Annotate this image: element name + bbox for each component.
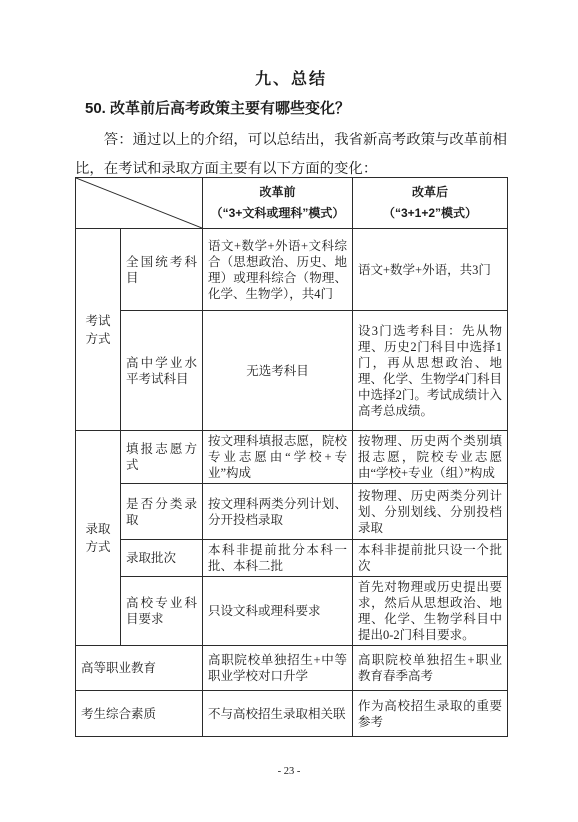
table-header-row: 改革前 （“3+文科或理科”模式） 改革后 （“3+1+2”模式） [76, 178, 508, 229]
comparison-table: 改革前 （“3+文科或理科”模式） 改革后 （“3+1+2”模式） 考试方式 全… [75, 177, 508, 737]
row-label: 录取批次 [121, 540, 203, 577]
question-heading: 50. 改革前后高考政策主要有哪些变化？ [85, 97, 507, 118]
column-header-before: 改革前 （“3+文科或理科”模式） [203, 178, 353, 229]
row-group-admission-mode: 录取方式 [76, 431, 121, 646]
section-title: 九、总结 [75, 66, 507, 89]
cell-after: 作为高校招生录取的重要参考 [353, 691, 508, 737]
answer-paragraph: 答：通过以上的介绍，可以总结出，我省新高考政策与改革前相比，在考试和录取方面主要… [75, 126, 507, 184]
cell-after: 按物理、历史两类分列计划、分别划线、分别投档录取 [353, 484, 508, 540]
cell-before: 高职院校单独招生+中等职业学校对口升学 [203, 646, 353, 691]
row-label-vocational-education: 高等职业教育 [76, 646, 203, 691]
table-row: 考试方式 全国统考科目 语文+数学+外语+文科综合（思想政治、历史、地理）或理科… [76, 229, 508, 311]
cell-after: 首先对物理或历史提出要求，然后从思想政治、地理、化学、生物学科目中提出0-2门科… [353, 577, 508, 646]
cell-before: 按文理科两类分列计划、分开投档录取 [203, 484, 353, 540]
table-row: 高校专业科目要求 只设文科或理科要求 首先对物理或历史提出要求，然后从思想政治、… [76, 577, 508, 646]
row-label: 填报志愿方式 [121, 431, 203, 484]
cell-after: 本科非提前批只设一个批次 [353, 540, 508, 577]
row-group-exam-mode: 考试方式 [76, 229, 121, 431]
row-label: 高校专业科目要求 [121, 577, 203, 646]
table-row: 录取方式 填报志愿方式 按文理科填报志愿，院校专业志愿由“学校+专业”构成 按物… [76, 431, 508, 484]
cell-before: 本科非提前批分本科一批、本科二批 [203, 540, 353, 577]
row-label: 是否分类录取 [121, 484, 203, 540]
page-number: - 23 - [0, 766, 578, 777]
table-row: 录取批次 本科非提前批分本科一批、本科二批 本科非提前批只设一个批次 [76, 540, 508, 577]
row-label: 全国统考科目 [121, 229, 203, 311]
cell-after: 高职院校单独招生+职业教育春季高考 [353, 646, 508, 691]
diagonal-line-icon [76, 178, 202, 228]
row-label: 高中学业水平考试科目 [121, 311, 203, 431]
table-row: 高等职业教育 高职院校单独招生+中等职业学校对口升学 高职院校单独招生+职业教育… [76, 646, 508, 691]
document-page: 九、总结 50. 改革前后高考政策主要有哪些变化？ 答：通过以上的介绍，可以总结… [0, 0, 578, 822]
cell-before: 无选考科目 [203, 311, 353, 431]
table-corner-cell [76, 178, 203, 229]
column-header-before-subtitle: （“3+文科或理科”模式） [208, 203, 347, 224]
column-header-after-title: 改革后 [358, 182, 502, 203]
column-header-before-title: 改革前 [208, 182, 347, 203]
cell-after: 按物理、历史两个类别填报志愿，院校专业志愿由“学校+专业（组）”构成 [353, 431, 508, 484]
column-header-after-subtitle: （“3+1+2”模式） [358, 203, 502, 224]
cell-after: 设3门选考科目：先从物理、历史2门科目中选择1门，再从思想政治、地理、化学、生物… [353, 311, 508, 431]
cell-before: 语文+数学+外语+文科综合（思想政治、历史、地理）或理科综合（物理、化学、生物学… [203, 229, 353, 311]
row-label-comprehensive-quality: 考生综合素质 [76, 691, 203, 737]
table-row: 考生综合素质 不与高校招生录取相关联 作为高校招生录取的重要参考 [76, 691, 508, 737]
cell-before: 不与高校招生录取相关联 [203, 691, 353, 737]
cell-after: 语文+数学+外语，共3门 [353, 229, 508, 311]
column-header-after: 改革后 （“3+1+2”模式） [353, 178, 508, 229]
cell-before: 按文理科填报志愿，院校专业志愿由“学校+专业”构成 [203, 431, 353, 484]
table-row: 高中学业水平考试科目 无选考科目 设3门选考科目：先从物理、历史2门科目中选择1… [76, 311, 508, 431]
cell-before: 只设文科或理科要求 [203, 577, 353, 646]
table-row: 是否分类录取 按文理科两类分列计划、分开投档录取 按物理、历史两类分列计划、分别… [76, 484, 508, 540]
